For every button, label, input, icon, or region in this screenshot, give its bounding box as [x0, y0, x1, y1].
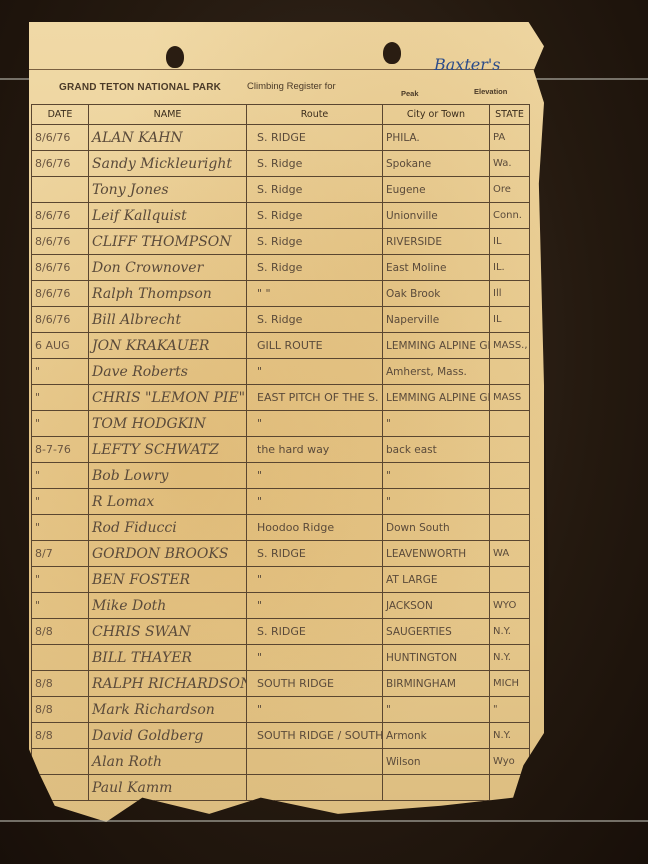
table-row: 8/6/76Bill AlbrechtS. RidgeNapervilleIL	[32, 307, 530, 333]
entry-route: S. Ridge	[247, 177, 383, 203]
entry-city: Oak Brook	[383, 281, 490, 307]
table-row: "Rod FiducciHoodoo RidgeDown South	[32, 515, 530, 541]
punch-hole-left	[166, 46, 184, 68]
entry-date: 8/6/76	[32, 203, 89, 229]
entry-city: LEMMING ALPINE GROUP	[383, 333, 490, 359]
entry-city: Wilson	[383, 749, 490, 775]
entry-route	[247, 775, 383, 801]
entry-route: " "	[247, 281, 383, 307]
table-row: 8/7GORDON BROOKSS. RIDGELEAVENWORTHWA	[32, 541, 530, 567]
entry-date: 8/6/76	[32, 125, 89, 151]
table-row: 8/6/76Sandy MickleurightS. RidgeSpokaneW…	[32, 151, 530, 177]
entry-state: Ill	[490, 281, 530, 307]
entry-name: LEFTY SCHWATZ	[89, 437, 247, 463]
entry-name: Mark Richardson	[89, 697, 247, 723]
table-row: 8/6/76CLIFF THOMPSONS. RidgeRIVERSIDEIL	[32, 229, 530, 255]
entry-city: Eugene	[383, 177, 490, 203]
entry-route: EAST PITCH OF THE S. RIDGE	[247, 385, 383, 411]
entry-date	[32, 177, 89, 203]
entry-city: East Moline	[383, 255, 490, 281]
entry-name: Paul Kamm	[89, 775, 247, 801]
entry-date: 8/8	[32, 671, 89, 697]
entry-route: "	[247, 645, 383, 671]
entry-name: Bob Lowry	[89, 463, 247, 489]
header-row: DATE NAME Route City or Town STATE	[32, 105, 530, 125]
column-header-city: City or Town	[383, 105, 490, 125]
entry-state	[490, 437, 530, 463]
table-row: "R Lomax""	[32, 489, 530, 515]
entry-name: CLIFF THOMPSON	[89, 229, 247, 255]
entry-date: 8/6/76	[32, 255, 89, 281]
entry-state	[490, 411, 530, 437]
entry-name: Tony Jones	[89, 177, 247, 203]
entry-route: "	[247, 697, 383, 723]
entry-name: Alan Roth	[89, 749, 247, 775]
entry-date: "	[32, 463, 89, 489]
entry-date	[32, 645, 89, 671]
entry-state: N.Y.	[490, 619, 530, 645]
entry-route: GILL ROUTE	[247, 333, 383, 359]
entry-state	[490, 775, 530, 801]
peak-name: Baxter's	[434, 55, 500, 74]
table-row: 8/8David GoldbergSOUTH RIDGE / SOUTH FAC…	[32, 723, 530, 749]
entry-route	[247, 749, 383, 775]
entry-name: David Goldberg	[89, 723, 247, 749]
entry-name: Mike Doth	[89, 593, 247, 619]
entry-state: Wa.	[490, 151, 530, 177]
entry-date: 8/7	[32, 541, 89, 567]
column-header-route: Route	[247, 105, 383, 125]
entry-name: R Lomax	[89, 489, 247, 515]
entry-state: N.Y.	[490, 645, 530, 671]
column-header-date: DATE	[32, 105, 89, 125]
entry-state	[490, 359, 530, 385]
table-row: Alan RothWilsonWyo	[32, 749, 530, 775]
entry-state: MASS	[490, 385, 530, 411]
entry-name: TOM HODGKIN	[89, 411, 247, 437]
entry-name: RALPH RICHARDSON	[89, 671, 247, 697]
entry-state: WA	[490, 541, 530, 567]
table-row: Paul Kamm	[32, 775, 530, 801]
entry-city: AT LARGE	[383, 567, 490, 593]
entry-route: S. RIDGE	[247, 541, 383, 567]
entry-route: "	[247, 359, 383, 385]
entry-city: BIRMINGHAM	[383, 671, 490, 697]
entry-route: S. Ridge	[247, 203, 383, 229]
entry-state: Wyo	[490, 749, 530, 775]
entry-state: N.Y.	[490, 723, 530, 749]
entry-city: JACKSON	[383, 593, 490, 619]
park-title: GRAND TETON NATIONAL PARK	[59, 82, 221, 93]
entry-state	[490, 463, 530, 489]
table-row: "TOM HODGKIN""	[32, 411, 530, 437]
entry-city: HUNTINGTON	[383, 645, 490, 671]
entry-date: "	[32, 515, 89, 541]
entry-name: Dave Roberts	[89, 359, 247, 385]
table-row: "Bob Lowry""	[32, 463, 530, 489]
entry-state	[490, 515, 530, 541]
entry-state: Conn.	[490, 203, 530, 229]
entry-route: the hard way	[247, 437, 383, 463]
column-header-name: NAME	[89, 105, 247, 125]
entry-state: PA	[490, 125, 530, 151]
entry-date: 8-7-76	[32, 437, 89, 463]
entry-city: PHILA.	[383, 125, 490, 151]
register-table: DATE NAME Route City or Town STATE 8/6/7…	[31, 104, 530, 801]
entry-city: "	[383, 411, 490, 437]
table-row: 8/8Mark Richardson"""	[32, 697, 530, 723]
entry-state: IL.	[490, 255, 530, 281]
entry-name: Don Crownover	[89, 255, 247, 281]
table-row: 8/6/76Don CrownoverS. RidgeEast MolineIL…	[32, 255, 530, 281]
table-row: BILL THAYER"HUNTINGTONN.Y.	[32, 645, 530, 671]
table-row: 8/6/76ALAN KAHNS. RIDGEPHILA.PA	[32, 125, 530, 151]
entry-date: "	[32, 359, 89, 385]
table-row: 8/6/76Ralph Thompson" "Oak BrookIll	[32, 281, 530, 307]
entry-name: JON KRAKAUER	[89, 333, 247, 359]
elevation-label: Elevation	[474, 87, 507, 96]
entry-date	[32, 749, 89, 775]
table-row: "BEN FOSTER"AT LARGE	[32, 567, 530, 593]
entry-route: S. Ridge	[247, 307, 383, 333]
entry-date: "	[32, 593, 89, 619]
entry-date: 8/6/76	[32, 151, 89, 177]
register-for-label: Climbing Register for	[247, 81, 336, 92]
entry-route: SOUTH RIDGE	[247, 671, 383, 697]
entry-name: Leif Kallquist	[89, 203, 247, 229]
display-wire-bottom	[0, 820, 648, 822]
entry-name: CHRIS SWAN	[89, 619, 247, 645]
entry-name: Sandy Mickleuright	[89, 151, 247, 177]
entry-city	[383, 775, 490, 801]
table-row: 8/8CHRIS SWANS. RIDGESAUGERTIESN.Y.	[32, 619, 530, 645]
entry-city: RIVERSIDE	[383, 229, 490, 255]
table-row: 8-7-76LEFTY SCHWATZthe hard wayback east	[32, 437, 530, 463]
entry-state: "	[490, 697, 530, 723]
entry-date: 8/6/76	[32, 307, 89, 333]
entry-date: "	[32, 411, 89, 437]
entry-city: back east	[383, 437, 490, 463]
punch-hole-right	[383, 42, 401, 64]
peak-label: Peak	[401, 89, 419, 98]
entry-city: Spokane	[383, 151, 490, 177]
entry-state: IL	[490, 307, 530, 333]
entry-city: Unionville	[383, 203, 490, 229]
entry-city: SAUGERTIES	[383, 619, 490, 645]
entry-city: LEMMING ALPINE GROUP/AMHERST	[383, 385, 490, 411]
entry-state: MASS., OR., ETC.	[490, 333, 530, 359]
entry-name: CHRIS "LEMON PIE" GULICK	[89, 385, 247, 411]
entry-date: 8/6/76	[32, 281, 89, 307]
entry-date: "	[32, 567, 89, 593]
entry-date: 8/8	[32, 619, 89, 645]
entry-route: "	[247, 463, 383, 489]
entry-date: 6 AUG	[32, 333, 89, 359]
entry-route: "	[247, 489, 383, 515]
entry-route: Hoodoo Ridge	[247, 515, 383, 541]
entry-name: Ralph Thompson	[89, 281, 247, 307]
entry-city: Armonk	[383, 723, 490, 749]
table-row: 6 AUGJON KRAKAUERGILL ROUTELEMMING ALPIN…	[32, 333, 530, 359]
entry-city: "	[383, 463, 490, 489]
entry-name: GORDON BROOKS	[89, 541, 247, 567]
entry-state	[490, 489, 530, 515]
entry-city: Down South	[383, 515, 490, 541]
entry-state	[490, 567, 530, 593]
entry-date	[32, 775, 89, 801]
entry-city: "	[383, 489, 490, 515]
entry-name: Rod Fiducci	[89, 515, 247, 541]
entry-date: 8/6/76	[32, 229, 89, 255]
entry-date: 8/8	[32, 697, 89, 723]
entry-date: 8/8	[32, 723, 89, 749]
table-row: "Dave Roberts"Amherst, Mass.	[32, 359, 530, 385]
entry-route: S. Ridge	[247, 151, 383, 177]
entry-state: WYO	[490, 593, 530, 619]
table-row: "Mike Doth"JACKSONWYO	[32, 593, 530, 619]
climbing-register-sheet: GRAND TETON NATIONAL PARK Climbing Regis…	[29, 22, 544, 830]
entry-route: "	[247, 567, 383, 593]
entry-date: "	[32, 385, 89, 411]
entry-state: MICH	[490, 671, 530, 697]
entry-route: S. Ridge	[247, 229, 383, 255]
entry-name: BILL THAYER	[89, 645, 247, 671]
entry-state: Ore	[490, 177, 530, 203]
entry-route: S. RIDGE	[247, 125, 383, 151]
entry-route: "	[247, 411, 383, 437]
entry-route: S. RIDGE	[247, 619, 383, 645]
entry-city: Amherst, Mass.	[383, 359, 490, 385]
entry-route: "	[247, 593, 383, 619]
table-row: 8/6/76Leif KallquistS. RidgeUnionvilleCo…	[32, 203, 530, 229]
entry-route: SOUTH RIDGE / SOUTH FACE	[247, 723, 383, 749]
table-row: Tony JonesS. RidgeEugeneOre	[32, 177, 530, 203]
entry-state: IL	[490, 229, 530, 255]
table-row: "CHRIS "LEMON PIE" GULICKEAST PITCH OF T…	[32, 385, 530, 411]
entry-name: Bill Albrecht	[89, 307, 247, 333]
column-header-state: STATE	[490, 105, 530, 125]
entry-route: S. Ridge	[247, 255, 383, 281]
entry-name: ALAN KAHN	[89, 125, 247, 151]
entry-date: "	[32, 489, 89, 515]
entry-city: LEAVENWORTH	[383, 541, 490, 567]
entry-name: BEN FOSTER	[89, 567, 247, 593]
table-row: 8/8RALPH RICHARDSONSOUTH RIDGEBIRMINGHAM…	[32, 671, 530, 697]
entry-city: Naperville	[383, 307, 490, 333]
entry-city: "	[383, 697, 490, 723]
